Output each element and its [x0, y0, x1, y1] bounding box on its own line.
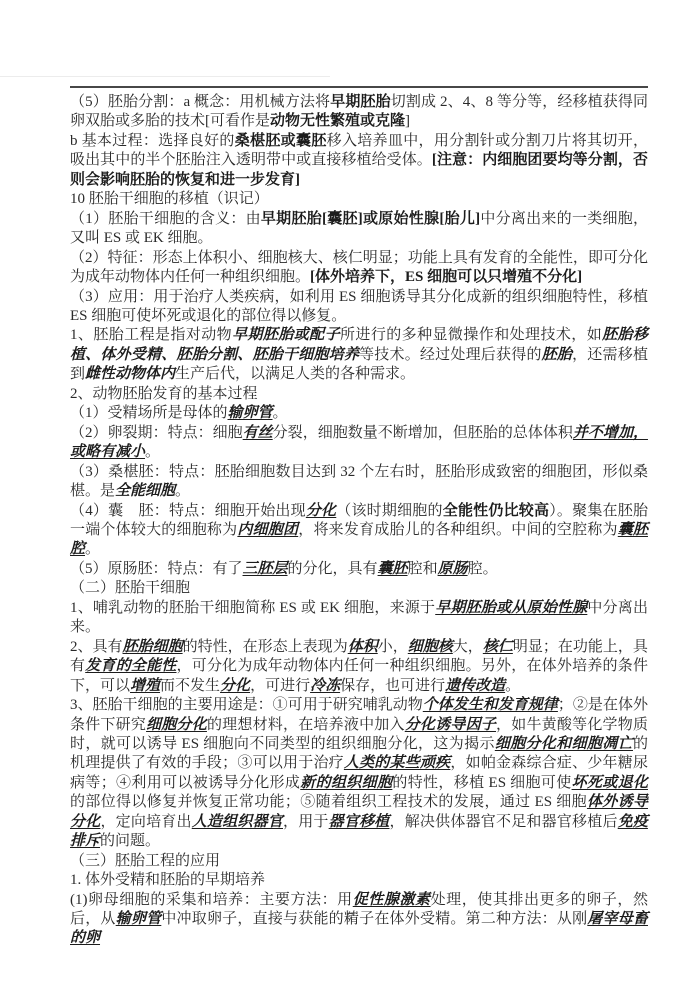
text-run: 细胞分化和细胞凋亡	[495, 736, 633, 752]
text-run: 早期胚胎或配子	[232, 327, 340, 343]
text-run: ]	[405, 113, 410, 129]
text-run: ，可进行	[250, 678, 310, 694]
paragraph: （二）胚胎干细胞	[70, 579, 648, 598]
text-run: 促性腺激素	[353, 892, 431, 908]
text-run: 输卵管	[228, 405, 273, 421]
paragraph: （1）受精场所是母体的输卵管。	[70, 404, 648, 423]
text-run: b 基本过程：选择良好的	[70, 133, 235, 149]
text-run: 个体发生和发育规律	[423, 697, 558, 713]
text-run: 的特性，在形态上表现为	[183, 639, 348, 655]
text-run: （二）胚胎干细胞	[70, 580, 190, 596]
text-run: 胚胎	[542, 347, 572, 363]
text-run: 2、具有	[70, 639, 123, 655]
text-run: 。	[85, 541, 100, 557]
text-run: （该时期细胞的	[336, 503, 442, 519]
text-run: 分裂，细胞数量不断增加，但胚胎的总体体积	[273, 425, 573, 441]
text-run: 大，	[453, 639, 483, 655]
text-run: [体外培养下，ES 细胞可以只增殖不分化]	[310, 269, 582, 285]
text-run: 分化	[220, 678, 250, 694]
text-run: 雌性动物体内	[85, 366, 175, 382]
text-run: （4）囊 胚：特点：细胞开始出现	[70, 503, 306, 519]
text-run: 早期胚胎	[330, 94, 391, 110]
text-run: ，定向培育出	[100, 814, 191, 830]
scan-artifact-line	[0, 76, 330, 77]
text-run: 三胚层	[243, 561, 288, 577]
text-run: 体积	[348, 639, 378, 655]
paragraph: 1. 体外受精和胚胎的早期培养	[70, 871, 648, 890]
text-run: （5）胚胎分割：a 概念：用机械方法将	[70, 94, 330, 110]
text-run: （三）胚胎工程的应用	[70, 853, 220, 869]
text-run: 。	[505, 678, 520, 694]
text-run: 10 胚胎干细胞的移植（识记）	[70, 191, 269, 207]
paragraph: （5）原肠胚：特点：有了三胚层的分化，具有囊胚腔和原肠腔。	[70, 560, 648, 579]
text-run: (1)卵母细胞的采集和培养：主要方法：用	[70, 892, 353, 908]
text-run: 遗传改造	[445, 678, 505, 694]
text-run: 而不发生	[160, 678, 220, 694]
paragraph: （1）胚胎干细胞的含义：由早期胚胎[囊胚]或原始性腺[胎儿]中分离出来的一类细胞…	[70, 210, 648, 249]
paragraph: 2、动物胚胎发育的基本过程	[70, 385, 648, 404]
text-run: （1）胚胎干细胞的含义：由	[70, 211, 261, 227]
text-run: 囊胚	[378, 561, 408, 577]
paragraph: （2）卵裂期：特点：细胞有丝分裂，细胞数量不断增加，但胚胎的总体体积并不增加，或…	[70, 424, 648, 463]
text-run: 。	[175, 483, 190, 499]
text-run: 动物无性繁殖或克隆	[270, 113, 405, 129]
text-run: 原肠	[438, 561, 468, 577]
text-run: 腔。	[468, 561, 498, 577]
text-run: 器官移植	[329, 814, 390, 830]
text-run: 1. 体外受精和胚胎的早期培养	[70, 872, 265, 888]
paragraph: b 基本过程：选择良好的桑椹胚或囊胚移入培养皿中，用分割针或分割刀片将其切开，吸…	[70, 132, 648, 190]
text-run: 人造组织器官	[192, 814, 283, 830]
document-body: （5）胚胎分割：a 概念：用机械方法将早期胚胎切割成 2、4、8 等分等，经移植…	[70, 93, 648, 949]
text-run: 细胞核	[408, 639, 453, 655]
text-run: 的问题。	[100, 833, 160, 849]
paragraph: 1、胚胎工程是指对动物早期胚胎或配子所进行的多种显微操作和处理技术，如胚胎移植、…	[70, 326, 648, 384]
text-run: 胚胎细胞	[123, 639, 183, 655]
text-run: ，解决供体器官不足和器官移植后	[390, 814, 618, 830]
text-run: 发育的全能性	[85, 658, 176, 674]
text-run: 分化诱导因子	[405, 717, 496, 733]
text-run: 的分化，具有	[288, 561, 378, 577]
text-run: 桑椹胚或囊胚	[235, 133, 327, 149]
paragraph: （4）囊 胚：特点：细胞开始出现分化（该时期细胞的全能性仍比较高）。聚集在胚胎一…	[70, 502, 648, 560]
text-run: 小，	[378, 639, 408, 655]
text-run: 全能细胞	[115, 483, 175, 499]
paragraph: 2、具有胚胎细胞的特性，在形态上表现为体积小，细胞核大，核仁明显；在功能上，具有…	[70, 638, 648, 696]
text-run: ，将来发育成胎儿的各种组织。中间的空腔称为	[298, 522, 618, 538]
text-run: 的特性，移植 ES 细胞可使	[392, 775, 571, 791]
text-run: 冷冻	[310, 678, 340, 694]
text-run: 1、胚胎工程是指对动物	[70, 327, 232, 343]
paragraph: （三）胚胎工程的应用	[70, 852, 648, 871]
text-run: （5）原肠胚：特点：有了	[70, 561, 243, 577]
text-run: 内细胞团	[237, 522, 298, 538]
paragraph: 10 胚胎干细胞的移植（识记）	[70, 190, 648, 209]
text-run: 人类的某些顽疾	[344, 755, 451, 771]
text-run: 细胞分化	[146, 717, 207, 733]
text-run: 早期胚胎[囊胚]或原始性腺[胎儿]	[261, 211, 480, 227]
text-run: （2）卵裂期：特点：细胞	[70, 425, 243, 441]
paragraph: 1、哺乳动物的胚胎干细胞简称 ES 或 EK 细胞，来源于早期胚胎或从原始性腺中…	[70, 599, 648, 638]
text-run: 新的组织细胞	[300, 775, 392, 791]
text-run: 有丝	[243, 425, 273, 441]
document-page: （5）胚胎分割：a 概念：用机械方法将早期胚胎切割成 2、4、8 等分等，经移植…	[70, 86, 648, 949]
text-run: 增殖	[130, 678, 160, 694]
text-run: 3、胚胎干细胞的主要用途是：①可用于研究哺乳动物	[70, 697, 423, 713]
paragraph: （3）桑椹胚：特点：胚胎细胞数目达到 32 个左右时，胚胎形成致密的细胞团，形似…	[70, 463, 648, 502]
page-number: 7	[0, 910, 700, 926]
text-run: （3）应用：用于治疗人类疾病，如利用 ES 细胞诱导其分化成新的组织细胞特性，移…	[70, 289, 648, 324]
text-run: 等技术。经过处理后获得的	[359, 347, 542, 363]
text-run: 的部位得以修复并恢复正常功能；⑤随着组织工程技术的发展，通过 ES 细胞	[70, 794, 587, 810]
paragraph: （3）应用：用于治疗人类疾病，如利用 ES 细胞诱导其分化成新的组织细胞特性，移…	[70, 288, 648, 327]
text-run: 生产后代，以满足人类的各种需求。	[175, 366, 415, 382]
text-run: （1）受精场所是母体的	[70, 405, 228, 421]
text-run: 早期胚胎或从原始性腺	[435, 600, 587, 616]
paragraph: 3、胚胎干细胞的主要用途是：①可用于研究哺乳动物个体发生和发育规律；②是在体外条…	[70, 696, 648, 852]
text-run: 1、哺乳动物的胚胎干细胞简称 ES 或 EK 细胞，来源于	[70, 600, 435, 616]
text-run: 的理想材料，在培养液中加入	[207, 717, 405, 733]
text-run: 所进行的多种显微操作和处理技术，如	[340, 327, 602, 343]
text-run: 全能性仍比较高	[443, 503, 549, 519]
text-run: 腔和	[408, 561, 438, 577]
text-run: 2、动物胚胎发育的基本过程	[70, 386, 258, 402]
text-run: 核仁	[483, 639, 513, 655]
text-run: ，用于	[283, 814, 329, 830]
text-run: 坏死或退化	[572, 775, 648, 791]
paragraph: （5）胚胎分割：a 概念：用机械方法将早期胚胎切割成 2、4、8 等分等，经移植…	[70, 93, 648, 132]
text-run: 。	[273, 405, 288, 421]
text-run: 分化	[306, 503, 336, 519]
text-run: 。	[145, 444, 160, 460]
paragraph: （2）特征：形态上体积小、细胞核大、核仁明显；功能上具有发育的全能性，即可分化为…	[70, 249, 648, 288]
text-run: 保存，也可进行	[340, 678, 445, 694]
